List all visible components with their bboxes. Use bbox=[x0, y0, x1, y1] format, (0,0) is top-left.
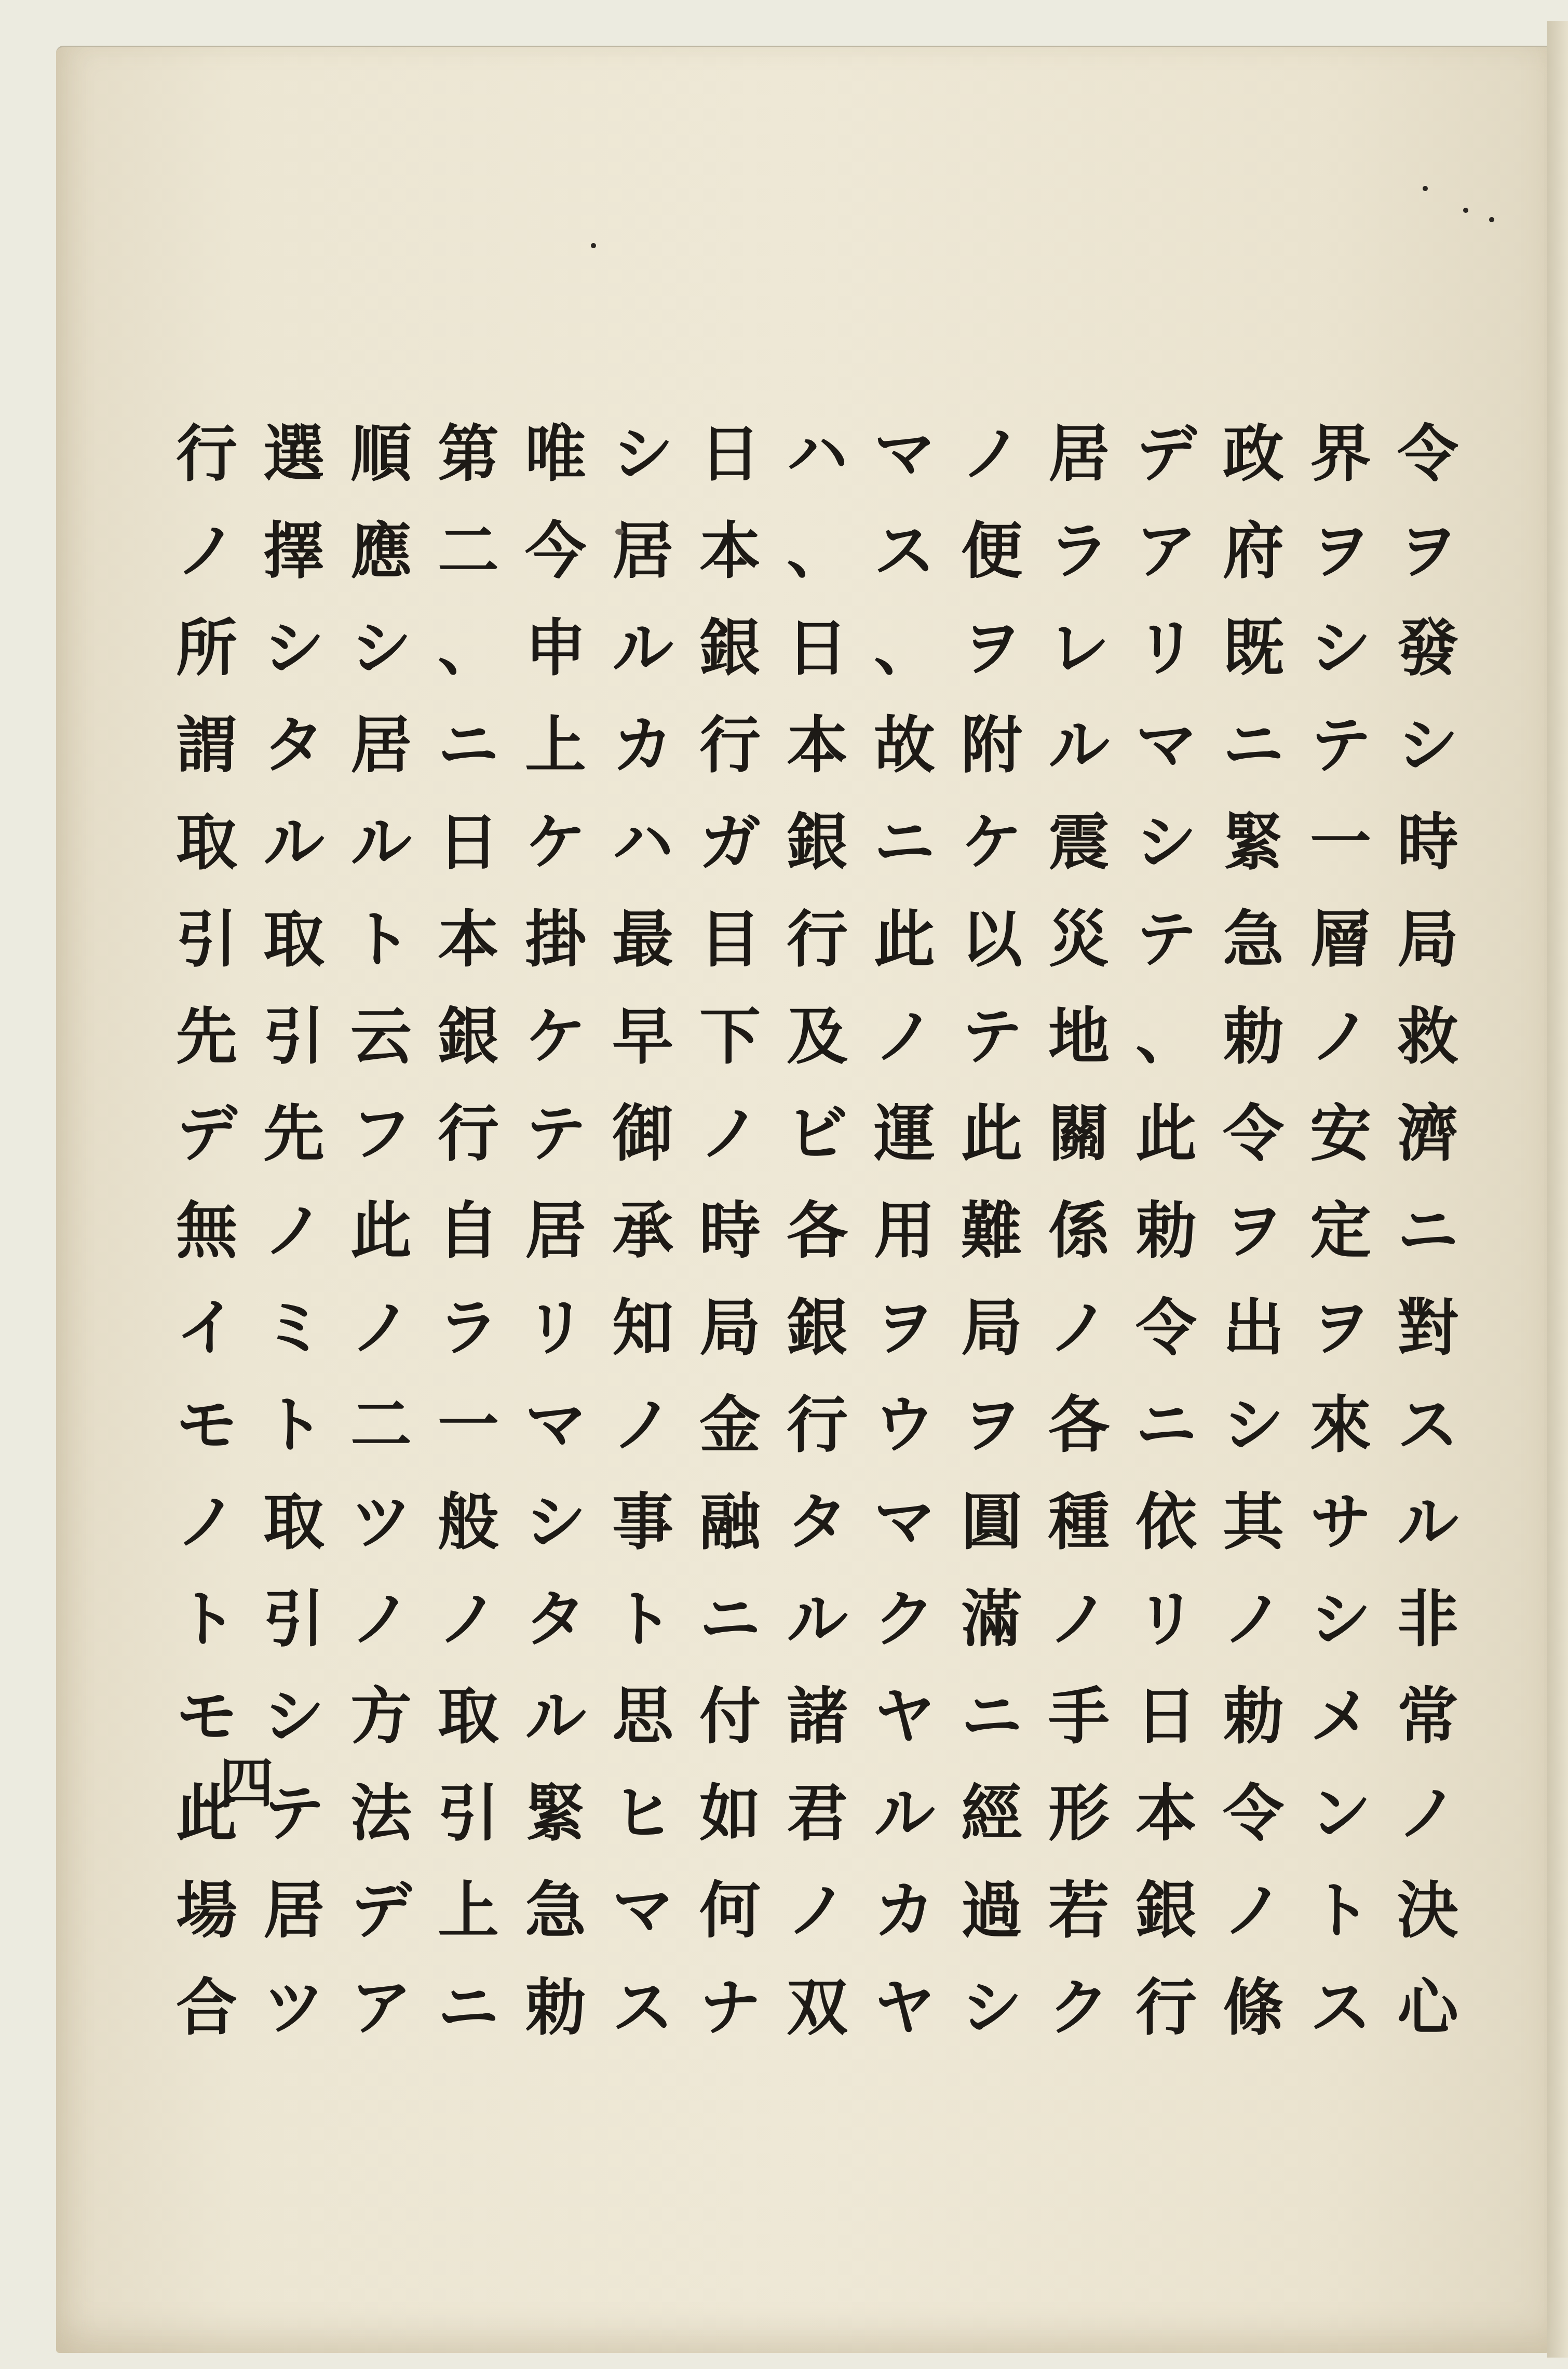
text-char: 各 bbox=[1040, 1376, 1118, 1473]
text-char: ル bbox=[1389, 1473, 1467, 1570]
text-char: 便 bbox=[953, 502, 1031, 599]
text-char: 金 bbox=[691, 1376, 769, 1473]
text-char: 擇 bbox=[255, 502, 333, 599]
text-char: 勅 bbox=[517, 1959, 594, 2056]
text-char: ニ bbox=[1214, 696, 1292, 793]
text-char: 時 bbox=[1389, 793, 1467, 891]
text-char: デ bbox=[342, 1862, 420, 1959]
text-char: 先 bbox=[255, 1085, 333, 1182]
text-char: シ bbox=[953, 1959, 1031, 2056]
text-char: 銀 bbox=[691, 599, 769, 696]
text-char: ハ bbox=[604, 793, 682, 891]
text-char: 銀 bbox=[429, 988, 507, 1085]
text-char: ス bbox=[604, 1959, 682, 2056]
text-char: 對 bbox=[1389, 1279, 1467, 1376]
text-char: 居 bbox=[255, 1862, 333, 1959]
text-char: 云 bbox=[342, 988, 420, 1085]
text-char: ケ bbox=[953, 793, 1031, 891]
text-char: 附 bbox=[953, 696, 1031, 793]
text-char: 、 bbox=[429, 599, 507, 696]
text-char: 令 bbox=[1389, 405, 1467, 502]
text-column: 第二、ニ日本銀行自ラ一般ノ取引上ニ bbox=[429, 405, 507, 2056]
text-column: 順應シ居ルト云フ此ノ二ツノ方法デア bbox=[342, 405, 420, 2056]
text-char: 形 bbox=[1040, 1765, 1118, 1862]
text-char: 法 bbox=[342, 1765, 420, 1862]
text-char: 二 bbox=[429, 502, 507, 599]
text-char: 勅 bbox=[1214, 988, 1292, 1085]
text-char: ニ bbox=[1127, 1376, 1205, 1473]
text-char: 勅 bbox=[1214, 1667, 1292, 1765]
text-char: 本 bbox=[1127, 1765, 1205, 1862]
text-char: ノ bbox=[342, 1570, 420, 1667]
text-char: カ bbox=[866, 1862, 943, 1959]
text-char: 知 bbox=[604, 1279, 682, 1376]
text-char: ヲ bbox=[1302, 502, 1380, 599]
text-char: ル bbox=[866, 1765, 943, 1862]
text-column: ハ、日本銀行及ビ各銀行タル諸君ノ双 bbox=[778, 405, 856, 2056]
text-char: ン bbox=[1302, 1765, 1380, 1862]
text-char: 決 bbox=[1389, 1862, 1467, 1959]
text-char: モ bbox=[168, 1376, 246, 1473]
text-char: シ bbox=[1214, 1376, 1292, 1473]
text-char: デ bbox=[168, 1085, 246, 1182]
text-char: ノ bbox=[168, 1473, 246, 1570]
text-char: 此 bbox=[866, 891, 943, 988]
text-char: 令 bbox=[1127, 1279, 1205, 1376]
text-char: タ bbox=[255, 696, 333, 793]
text-char: 難 bbox=[953, 1182, 1031, 1279]
text-char: 常 bbox=[1389, 1667, 1467, 1765]
text-char: ス bbox=[866, 502, 943, 599]
text-char: 行 bbox=[778, 1376, 856, 1473]
text-char: 圓 bbox=[953, 1473, 1031, 1570]
text-char: ヒ bbox=[604, 1765, 682, 1862]
text-char: 下 bbox=[691, 988, 769, 1085]
text-char: ノ bbox=[953, 405, 1031, 502]
text-char: ノ bbox=[255, 1182, 333, 1279]
text-char: ノ bbox=[342, 1279, 420, 1376]
text-column: 令ヲ發シ時局救濟ニ對スル非常ノ決心 bbox=[1389, 405, 1467, 2056]
text-char: 關 bbox=[1040, 1085, 1118, 1182]
text-char: ヲ bbox=[953, 599, 1031, 696]
text-char: シ bbox=[604, 405, 682, 502]
text-char: 滿 bbox=[953, 1570, 1031, 1667]
text-column: 唯今申上ケ掛ケテ居リマシタル緊急勅 bbox=[517, 405, 594, 2056]
text-char: 安 bbox=[1302, 1085, 1380, 1182]
text-char: 双 bbox=[778, 1959, 856, 2056]
text-char: 方 bbox=[342, 1667, 420, 1765]
text-char: 取 bbox=[429, 1667, 507, 1765]
text-char: 種 bbox=[1040, 1473, 1118, 1570]
text-char: 過 bbox=[953, 1862, 1031, 1959]
text-char: 應 bbox=[342, 502, 420, 599]
text-char: 場 bbox=[168, 1862, 246, 1959]
text-char: 緊 bbox=[517, 1765, 594, 1862]
text-char: テ bbox=[1127, 891, 1205, 988]
text-char: ヤ bbox=[866, 1667, 943, 1765]
text-char: ツ bbox=[342, 1473, 420, 1570]
text-char: 局 bbox=[691, 1279, 769, 1376]
text-char: 局 bbox=[953, 1279, 1031, 1376]
text-column: マス、故ニ此ノ運用ヲウマクヤルカヤ bbox=[866, 405, 943, 2056]
text-char: シ bbox=[517, 1473, 594, 1570]
text-char: 其 bbox=[1214, 1473, 1292, 1570]
text-char: 故 bbox=[866, 696, 943, 793]
text-char: 引 bbox=[429, 1765, 507, 1862]
text-char: 救 bbox=[1389, 988, 1467, 1085]
text-char: ト bbox=[1302, 1862, 1380, 1959]
text-char: ト bbox=[168, 1570, 246, 1667]
text-char: 局 bbox=[1389, 891, 1467, 988]
text-char: タ bbox=[778, 1473, 856, 1570]
text-char: マ bbox=[604, 1862, 682, 1959]
text-column: 日本銀行ガ目下ノ時局金融ニ付如何ナ bbox=[691, 405, 769, 2056]
text-char: ハ bbox=[778, 405, 856, 502]
text-char: ノ bbox=[1040, 1279, 1118, 1376]
text-char: 唯 bbox=[517, 405, 594, 502]
text-char: 順 bbox=[342, 405, 420, 502]
text-char: 第 bbox=[429, 405, 507, 502]
text-char: シ bbox=[1389, 696, 1467, 793]
text-char: サ bbox=[1302, 1473, 1380, 1570]
text-char: 如 bbox=[691, 1765, 769, 1862]
adjacent-page-edge bbox=[1547, 21, 1568, 2358]
text-char: ト bbox=[604, 1570, 682, 1667]
text-char: 係 bbox=[1040, 1182, 1118, 1279]
text-char: ナ bbox=[691, 1959, 769, 2056]
text-char: 本 bbox=[691, 502, 769, 599]
text-char: 銀 bbox=[1127, 1862, 1205, 1959]
text-char: ア bbox=[342, 1959, 420, 2056]
text-char: 政 bbox=[1214, 405, 1292, 502]
text-char: ニ bbox=[866, 793, 943, 891]
text-char: リ bbox=[1127, 1570, 1205, 1667]
text-char: 融 bbox=[691, 1473, 769, 1570]
text-char: 若 bbox=[1040, 1862, 1118, 1959]
text-char: 申 bbox=[517, 599, 594, 696]
text-char: 條 bbox=[1214, 1959, 1292, 2056]
text-char: イ bbox=[168, 1279, 246, 1376]
text-char: テ bbox=[517, 1085, 594, 1182]
text-char: ヲ bbox=[1214, 1182, 1292, 1279]
text-char: 此 bbox=[953, 1085, 1031, 1182]
text-char: 急 bbox=[517, 1862, 594, 1959]
text-char: 一 bbox=[429, 1376, 507, 1473]
text-char: 、 bbox=[866, 599, 943, 696]
text-char: シ bbox=[1302, 1570, 1380, 1667]
text-column: 居ラレル震災地關係ノ各種ノ手形若ク bbox=[1040, 405, 1118, 2056]
text-char: カ bbox=[604, 696, 682, 793]
text-char: 引 bbox=[255, 1570, 333, 1667]
text-char: レ bbox=[1040, 599, 1118, 696]
text-char: 早 bbox=[604, 988, 682, 1085]
text-char: テ bbox=[1302, 696, 1380, 793]
text-char: リ bbox=[517, 1279, 594, 1376]
text-char: 行 bbox=[691, 696, 769, 793]
text-char: 一 bbox=[1302, 793, 1380, 891]
text-char: 無 bbox=[168, 1182, 246, 1279]
text-char: 濟 bbox=[1389, 1085, 1467, 1182]
text-char: マ bbox=[1127, 696, 1205, 793]
text-char: ガ bbox=[691, 793, 769, 891]
text-char: 、 bbox=[1127, 988, 1205, 1085]
text-char: 最 bbox=[604, 891, 682, 988]
text-char: ル bbox=[342, 793, 420, 891]
text-char: ニ bbox=[429, 696, 507, 793]
ink-speck bbox=[1489, 217, 1494, 222]
text-char: 令 bbox=[1214, 1085, 1292, 1182]
text-char: テ bbox=[953, 988, 1031, 1085]
text-char: シ bbox=[1302, 599, 1380, 696]
text-char: デ bbox=[1127, 405, 1205, 502]
text-char: 自 bbox=[429, 1182, 507, 1279]
text-char: ル bbox=[1040, 696, 1118, 793]
text-char: フ bbox=[342, 1085, 420, 1182]
text-char: 非 bbox=[1389, 1570, 1467, 1667]
text-char: 行 bbox=[778, 891, 856, 988]
text-char: 目 bbox=[691, 891, 769, 988]
text-char: ト bbox=[255, 1376, 333, 1473]
text-char: ク bbox=[1040, 1959, 1118, 2056]
text-char: ビ bbox=[778, 1085, 856, 1182]
text-char: 來 bbox=[1302, 1376, 1380, 1473]
ink-speck bbox=[615, 529, 624, 535]
text-char: ヲ bbox=[1302, 1279, 1380, 1376]
text-char: マ bbox=[866, 405, 943, 502]
text-char: ニ bbox=[1389, 1182, 1467, 1279]
text-char: 用 bbox=[866, 1182, 943, 1279]
text-char: ウ bbox=[866, 1376, 943, 1473]
text-char: ル bbox=[255, 793, 333, 891]
text-char: 上 bbox=[429, 1862, 507, 1959]
text-char: 銀 bbox=[778, 793, 856, 891]
page-number: 四 bbox=[213, 1750, 280, 1818]
text-char: ア bbox=[1127, 502, 1205, 599]
text-char: ケ bbox=[517, 793, 594, 891]
text-char: 先 bbox=[168, 988, 246, 1085]
text-char: 行 bbox=[168, 405, 246, 502]
text-char: ト bbox=[342, 891, 420, 988]
text-char: リ bbox=[1127, 599, 1205, 696]
text-char: 手 bbox=[1040, 1667, 1118, 1765]
text-char: 本 bbox=[778, 696, 856, 793]
text-char: 御 bbox=[604, 1085, 682, 1182]
text-char: 以 bbox=[953, 891, 1031, 988]
text-char: 經 bbox=[953, 1765, 1031, 1862]
text-char: タ bbox=[517, 1570, 594, 1667]
text-char: ニ bbox=[953, 1667, 1031, 1765]
text-char: ニ bbox=[429, 1959, 507, 2056]
text-char: 君 bbox=[778, 1765, 856, 1862]
text-char: 取 bbox=[255, 1473, 333, 1570]
text-char: 日 bbox=[691, 405, 769, 502]
text-char: ノ bbox=[1302, 988, 1380, 1085]
text-char: 謂 bbox=[168, 696, 246, 793]
text-char: ノ bbox=[1214, 1570, 1292, 1667]
text-char: 日 bbox=[429, 793, 507, 891]
text-char: 何 bbox=[691, 1862, 769, 1959]
text-char: ノ bbox=[866, 988, 943, 1085]
text-char: 運 bbox=[866, 1085, 943, 1182]
ink-speck bbox=[1423, 186, 1428, 191]
text-char: 府 bbox=[1214, 502, 1292, 599]
text-char: ヲ bbox=[1389, 502, 1467, 599]
text-char: ノ bbox=[429, 1570, 507, 1667]
text-char: ラ bbox=[429, 1279, 507, 1376]
text-char: 諸 bbox=[778, 1667, 856, 1765]
ink-speck bbox=[1463, 208, 1468, 213]
text-char: ノ bbox=[168, 502, 246, 599]
text-char: ル bbox=[517, 1667, 594, 1765]
text-char: 般 bbox=[429, 1473, 507, 1570]
text-char: 銀 bbox=[778, 1279, 856, 1376]
text-char: ノ bbox=[778, 1862, 856, 1959]
text-char: ニ bbox=[691, 1570, 769, 1667]
text-char: 出 bbox=[1214, 1279, 1292, 1376]
text-char: シ bbox=[255, 599, 333, 696]
text-char: メ bbox=[1302, 1667, 1380, 1765]
text-char: 災 bbox=[1040, 891, 1118, 988]
text-char: 居 bbox=[517, 1182, 594, 1279]
text-char: 取 bbox=[255, 891, 333, 988]
text-char: 令 bbox=[1214, 1765, 1292, 1862]
text-char: マ bbox=[866, 1473, 943, 1570]
text-char: 日 bbox=[778, 599, 856, 696]
text-column: 界ヲシテ一層ノ安定ヲ來サシメントス bbox=[1302, 405, 1380, 2056]
text-char: 定 bbox=[1302, 1182, 1380, 1279]
text-char: 緊 bbox=[1214, 793, 1292, 891]
text-char: 居 bbox=[1040, 405, 1118, 502]
text-char: ケ bbox=[517, 988, 594, 1085]
text-char: 依 bbox=[1127, 1473, 1205, 1570]
text-char: 事 bbox=[604, 1473, 682, 1570]
text-column: シ居ルカハ最早御承知ノ事ト思ヒマス bbox=[604, 405, 682, 2056]
text-char: 居 bbox=[604, 502, 682, 599]
text-char: 地 bbox=[1040, 988, 1118, 1085]
text-char: 二 bbox=[342, 1376, 420, 1473]
text-char: ル bbox=[604, 599, 682, 696]
text-char: 震 bbox=[1040, 793, 1118, 891]
text-char: 勅 bbox=[1127, 1182, 1205, 1279]
text-char: ノ bbox=[1040, 1570, 1118, 1667]
text-char: 居 bbox=[342, 696, 420, 793]
text-char: ノ bbox=[691, 1085, 769, 1182]
text-char: 發 bbox=[1389, 599, 1467, 696]
text-char: 時 bbox=[691, 1182, 769, 1279]
text-char: 層 bbox=[1302, 891, 1380, 988]
text-char: ヲ bbox=[866, 1279, 943, 1376]
text-char: 合 bbox=[168, 1959, 246, 2056]
text-char: 行 bbox=[1127, 1959, 1205, 2056]
text-char: マ bbox=[517, 1376, 594, 1473]
text-char: シ bbox=[1127, 793, 1205, 891]
text-char: 既 bbox=[1214, 599, 1292, 696]
text-char: ヤ bbox=[866, 1959, 943, 2056]
text-char: シ bbox=[342, 599, 420, 696]
text-char: ノ bbox=[1214, 1862, 1292, 1959]
text-char: 承 bbox=[604, 1182, 682, 1279]
text-char: 付 bbox=[691, 1667, 769, 1765]
text-char: 及 bbox=[778, 988, 856, 1085]
text-char: 今 bbox=[517, 502, 594, 599]
text-char: 選 bbox=[255, 405, 333, 502]
text-char: 引 bbox=[168, 891, 246, 988]
text-char: 急 bbox=[1214, 891, 1292, 988]
text-char: 各 bbox=[778, 1182, 856, 1279]
text-char: ツ bbox=[255, 1959, 333, 2056]
text-char: ミ bbox=[255, 1279, 333, 1376]
text-char: ノ bbox=[1389, 1765, 1467, 1862]
text-char: ノ bbox=[604, 1376, 682, 1473]
text-char: 思 bbox=[604, 1667, 682, 1765]
text-column: 政府既ニ緊急勅令ヲ出シ其ノ勅令ノ條 bbox=[1214, 405, 1292, 2056]
text-char: ル bbox=[778, 1570, 856, 1667]
text-char: 取 bbox=[168, 793, 246, 891]
text-char: 引 bbox=[255, 988, 333, 1085]
text-char: ク bbox=[866, 1570, 943, 1667]
text-char: 所 bbox=[168, 599, 246, 696]
text-char: 心 bbox=[1389, 1959, 1467, 2056]
text-char: 此 bbox=[1127, 1085, 1205, 1182]
text-char: ス bbox=[1389, 1376, 1467, 1473]
text-column: ノ便ヲ附ケ以テ此難局ヲ圓滿ニ經過シ bbox=[953, 405, 1031, 2056]
text-char: ラ bbox=[1040, 502, 1118, 599]
text-char: 行 bbox=[429, 1085, 507, 1182]
text-char: 此 bbox=[342, 1182, 420, 1279]
text-char: 界 bbox=[1302, 405, 1380, 502]
text-char: 、 bbox=[778, 502, 856, 599]
text-char: 日 bbox=[1127, 1667, 1205, 1765]
text-char: 掛 bbox=[517, 891, 594, 988]
text-char: ヲ bbox=[953, 1376, 1031, 1473]
text-char: ス bbox=[1302, 1959, 1380, 2056]
text-char: 上 bbox=[517, 696, 594, 793]
text-char: 本 bbox=[429, 891, 507, 988]
text-column: デアリマシテ、此勅令ニ依リ日本銀行 bbox=[1127, 405, 1205, 2056]
ink-speck bbox=[591, 243, 596, 248]
